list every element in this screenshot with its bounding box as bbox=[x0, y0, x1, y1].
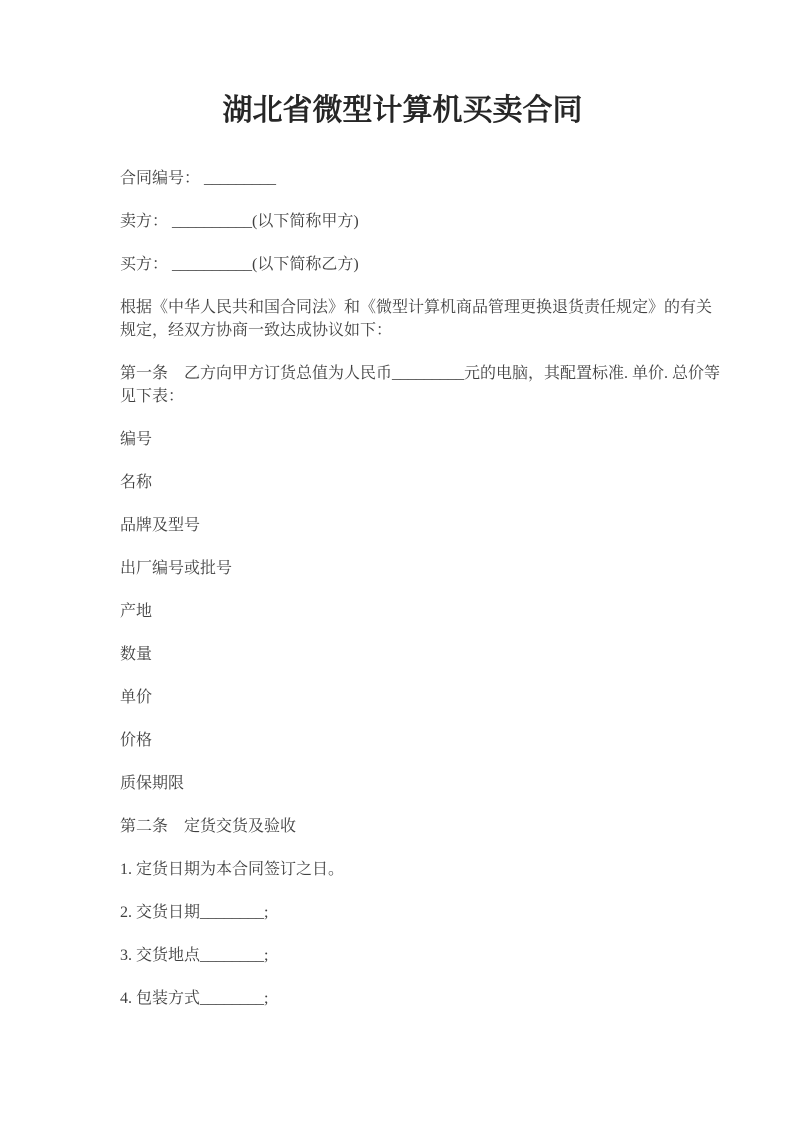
table-field-unit-price-label: 单价 bbox=[120, 686, 685, 709]
table-field-origin-label: 产地 bbox=[120, 600, 685, 623]
seller-line: 卖方： __________(以下简称甲方) bbox=[120, 210, 685, 233]
item-3-delivery-place: 3. 交货地点________; bbox=[120, 944, 685, 967]
table-field-brand-model-label: 品牌及型号 bbox=[120, 514, 685, 537]
item-4-packing-method-text: 4. 包装方式________; bbox=[120, 987, 685, 1010]
contract-number-text: 合同编号： _________ bbox=[120, 167, 685, 190]
article-1-line-1: 第一条 乙方向甲方订货总值为人民币_________元的电脑，其配置标准. 单价… bbox=[120, 362, 685, 385]
table-field-name: 名称 bbox=[120, 471, 685, 494]
item-3-delivery-place-text: 3. 交货地点________; bbox=[120, 944, 685, 967]
table-field-name-label: 名称 bbox=[120, 471, 685, 494]
article-1-line-2: 见下表： bbox=[120, 385, 685, 408]
article-1-paragraph: 第一条 乙方向甲方订货总值为人民币_________元的电脑，其配置标准. 单价… bbox=[120, 362, 685, 408]
table-field-warranty-period-label: 质保期限 bbox=[120, 772, 685, 795]
contract-document: 湖北省微型计算机买卖合同 合同编号： _________ 卖方： _______… bbox=[0, 0, 793, 1122]
table-field-factory-number-label: 出厂编号或批号 bbox=[120, 557, 685, 580]
table-field-factory-number: 出厂编号或批号 bbox=[120, 557, 685, 580]
table-field-price: 价格 bbox=[120, 729, 685, 752]
item-1-order-date: 1. 定货日期为本合同签订之日。 bbox=[120, 858, 685, 881]
table-field-price-label: 价格 bbox=[120, 729, 685, 752]
item-4-packing-method: 4. 包装方式________; bbox=[120, 987, 685, 1010]
table-field-quantity-label: 数量 bbox=[120, 643, 685, 666]
preamble-line-1: 根据《中华人民共和国合同法》和《微型计算机商品管理更换退货责任规定》的有关 bbox=[120, 296, 685, 319]
table-field-origin: 产地 bbox=[120, 600, 685, 623]
item-2-delivery-date: 2. 交货日期________; bbox=[120, 901, 685, 924]
preamble-paragraph: 根据《中华人民共和国合同法》和《微型计算机商品管理更换退货责任规定》的有关 规定… bbox=[120, 296, 685, 342]
contract-number-line: 合同编号： _________ bbox=[120, 167, 685, 190]
table-field-unit-price: 单价 bbox=[120, 686, 685, 709]
item-1-order-date-text: 1. 定货日期为本合同签订之日。 bbox=[120, 858, 685, 881]
table-field-quantity: 数量 bbox=[120, 643, 685, 666]
table-field-brand-model: 品牌及型号 bbox=[120, 514, 685, 537]
article-2-heading: 第二条 定货交货及验收 bbox=[120, 815, 685, 838]
buyer-line: 买方： __________(以下简称乙方) bbox=[120, 253, 685, 276]
article-2-heading-text: 第二条 定货交货及验收 bbox=[120, 815, 685, 838]
buyer-text: 买方： __________(以下简称乙方) bbox=[120, 253, 685, 276]
table-field-id: 编号 bbox=[120, 428, 685, 451]
seller-text: 卖方： __________(以下简称甲方) bbox=[120, 210, 685, 233]
preamble-line-2: 规定，经双方协商一致达成协议如下： bbox=[120, 319, 685, 342]
item-2-delivery-date-text: 2. 交货日期________; bbox=[120, 901, 685, 924]
table-field-warranty-period: 质保期限 bbox=[120, 772, 685, 795]
document-title: 湖北省微型计算机买卖合同 bbox=[120, 92, 685, 129]
table-field-id-label: 编号 bbox=[120, 428, 685, 451]
